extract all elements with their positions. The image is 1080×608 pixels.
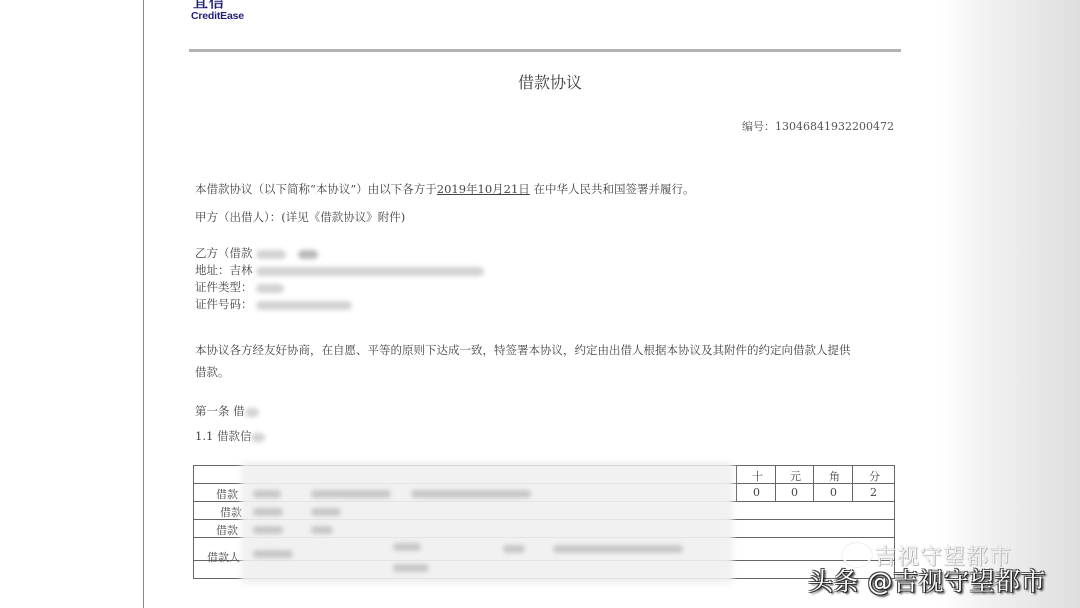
row-label: 借款 bbox=[216, 486, 238, 502]
redacted-text bbox=[256, 250, 286, 259]
watermark-toutiao: 头条 @吉视守望都市 bbox=[808, 562, 1046, 598]
party-b: 乙方（借款 bbox=[195, 245, 318, 261]
clause-1-1: 1.1 借款信 bbox=[195, 428, 265, 444]
redacted-area bbox=[241, 462, 733, 584]
row-label: 借款人 bbox=[207, 549, 240, 565]
address: 地址：吉林 bbox=[195, 262, 484, 278]
digit: 0 bbox=[791, 486, 798, 499]
redacted-text bbox=[256, 301, 352, 310]
redacted-text bbox=[245, 408, 259, 417]
address-label: 地址：吉林 bbox=[195, 263, 253, 277]
row-label: 借款 bbox=[216, 522, 238, 538]
document-title: 借款协议 bbox=[0, 70, 1080, 93]
redacted-text bbox=[256, 267, 484, 276]
serial-number: 编号：13046841932200472 bbox=[742, 118, 894, 134]
row-label: 借款 bbox=[220, 504, 242, 520]
loan-info-table: 借款 借款 借款 借款人 十 元 角 分 0 0 0 2 bbox=[193, 465, 895, 579]
intro-prefix: 本借款协议（以下简称“本协议”）由以下各方于 bbox=[195, 182, 437, 196]
company-logo: 宜信 CreditEase bbox=[191, 0, 244, 22]
body-line-1: 本协议各方经友好协商，在自愿、平等的原则下达成一致，特签署本协议，约定由出借人根… bbox=[195, 342, 851, 358]
intro-suffix: 在中华人民共和国签署并履行。 bbox=[533, 182, 694, 196]
digit: 0 bbox=[830, 486, 837, 499]
id-type-label: 证件类型： bbox=[195, 280, 253, 294]
article-1-heading: 第一条 借 bbox=[195, 403, 259, 419]
agreement-date: 2019年10月21日 bbox=[437, 182, 530, 196]
serial-label: 编号： bbox=[742, 120, 775, 133]
unit-yuan: 元 bbox=[790, 468, 801, 484]
id-type: 证件类型： bbox=[195, 279, 284, 295]
unit-fen: 分 bbox=[869, 468, 880, 484]
id-number-label: 证件号码： bbox=[195, 297, 253, 311]
party-b-label: 乙方（借款 bbox=[195, 246, 253, 260]
redacted-text bbox=[251, 433, 265, 442]
id-number: 证件号码： bbox=[195, 296, 352, 312]
redacted-text bbox=[298, 250, 318, 259]
unit-ten: 十 bbox=[752, 468, 763, 484]
intro-paragraph: 本借款协议（以下简称“本协议”）由以下各方于2019年10月21日 在中华人民共… bbox=[195, 181, 694, 197]
header-divider bbox=[189, 49, 901, 52]
logo-chinese: 宜信 bbox=[191, 0, 244, 10]
digit: 2 bbox=[870, 486, 877, 499]
redacted-text bbox=[256, 284, 284, 293]
party-a: 甲方（出借人）：(详见《借款协议》附件) bbox=[195, 209, 405, 225]
digit: 0 bbox=[753, 486, 760, 499]
serial-value: 13046841932200472 bbox=[775, 120, 894, 133]
logo-english: CreditEase bbox=[191, 10, 244, 22]
unit-jiao: 角 bbox=[829, 468, 840, 484]
body-line-2: 借款。 bbox=[195, 364, 230, 380]
